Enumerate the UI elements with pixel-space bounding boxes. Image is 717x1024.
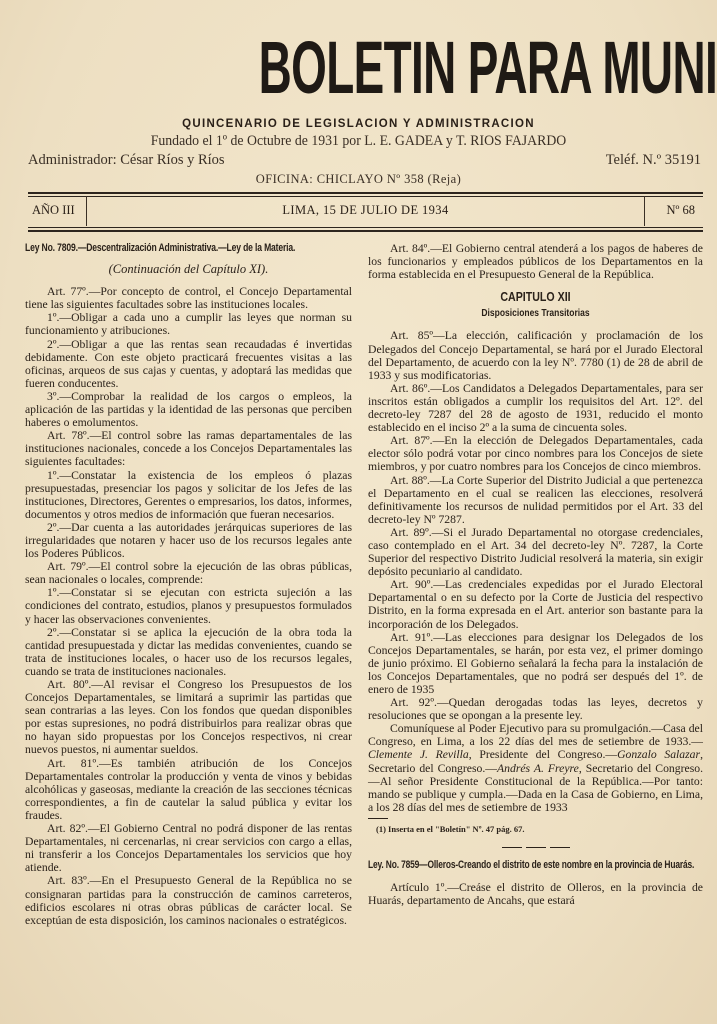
law-heading: Ley No. 7809.—Descentralización Administ… <box>25 242 351 255</box>
paragraph: Art. 80º.—Al revisar el Congreso los Pre… <box>25 678 352 757</box>
paragraph: Art. 89º.—Si el Jurado Departamental no … <box>368 526 703 578</box>
closing-paragraph: Comuníquese al Poder Ejecutivo para su p… <box>368 722 703 814</box>
continuation-note: (Continuación del Capítulo XI). <box>25 263 352 276</box>
chapter-subtitle: Disposiciones Transitorias <box>393 307 678 320</box>
left-paragraphs: Art. 77º.—Por concepto de control, el Co… <box>25 285 352 927</box>
chapter-title: CAPITULO XII <box>393 291 678 304</box>
paragraph: 2º.—Constatar si se aplica la ejecución … <box>25 626 352 678</box>
founded-line: Fundado el 1º de Octubre de 1931 por L. … <box>29 133 689 150</box>
paragraph: 3º.—Comprobar la realidad de los cargos … <box>25 390 352 429</box>
office-line: OFICINA: CHICLAYO Nº 358 (Reja) <box>0 172 717 187</box>
header-rule-top <box>28 192 703 194</box>
paragraph: Art. 81º.—Es también atribución de los C… <box>25 757 352 822</box>
paragraph: Art. 92º.—Quedan derogadas todas las ley… <box>368 696 703 722</box>
paragraph: Art. 91º.—Las elecciones para designar l… <box>368 631 703 696</box>
masthead-subtitle: QUINCENARIO DE LEGISLACION Y ADMINISTRAC… <box>0 118 717 130</box>
paragraph: Art. 77º.—Por concepto de control, el Co… <box>25 285 352 311</box>
administrator-line: Administrador: César Ríos y Ríos <box>28 152 225 169</box>
law-heading-7859: Ley. No. 7859—Olleros-Creando el distrit… <box>368 859 702 872</box>
year-label: AÑO III <box>32 203 75 218</box>
paragraph: Art. 82º.—El Gobierno Central no podrá d… <box>25 822 352 874</box>
header-rule-bottom <box>28 230 703 232</box>
paragraph: 1º.—Obligar a cada uno a cumplir las ley… <box>25 311 352 337</box>
divider <box>86 196 87 226</box>
telephone-line: Teléf. N.º 35191 <box>606 152 701 169</box>
paragraph: Art. 79º.—El control sobre la ejecución … <box>25 560 352 586</box>
paragraph: 1º.—Constatar la existencia de los emple… <box>25 469 352 521</box>
paragraph: Art. 90º.—Las credenciales expedidas por… <box>368 578 703 630</box>
paragraph: Art. 88º.—La Corte Superior del Distrito… <box>368 474 703 526</box>
divider <box>644 196 645 226</box>
newspaper-page: BOLETIN PARA MUNICIPALIDADES QUINCENARIO… <box>0 0 717 1024</box>
right-paragraphs: Art. 85º—La elección, calificación y pro… <box>368 329 703 722</box>
paragraph: 2º.—Dar cuenta a las autoridades jerárqu… <box>25 521 352 560</box>
issue-number: Nº 68 <box>666 203 695 218</box>
footnote-rule <box>368 818 388 819</box>
paragraph: Art. 78º.—El control sobre las ramas dep… <box>25 429 352 468</box>
paragraph: 2º.—Obligar a que las rentas sean recaud… <box>25 338 352 390</box>
section-separator <box>368 840 703 853</box>
right-column: Art. 84º.—El Gobierno central atenderá a… <box>368 242 703 907</box>
masthead-title: BOLETIN PARA MUNICIPALIDADES <box>259 22 717 114</box>
left-column: Ley No. 7809.—Descentralización Administ… <box>25 242 352 927</box>
paragraph: Art. 83º.—En el Presupuesto General de l… <box>25 874 352 926</box>
issue-date: LIMA, 15 DE JULIO DE 1934 <box>88 203 643 218</box>
paragraph: Art. 86º.—Los Candidatos a Delegados Dep… <box>368 382 703 434</box>
header-rule-bottom-thin <box>28 227 703 228</box>
paragraph: 1º.—Constatar si se ejecutan con estrict… <box>25 586 352 625</box>
paragraph: Art. 87º.—En la elección de Delegados De… <box>368 434 703 473</box>
article-84: Art. 84º.—El Gobierno central atenderá a… <box>368 242 703 281</box>
paragraph: Art. 85º—La elección, calificación y pro… <box>368 329 703 381</box>
masthead: BOLETIN PARA MUNICIPALIDADES <box>26 22 701 114</box>
footnote: (1) Inserta en el "Boletín" Nº. 47 pág. … <box>376 823 703 836</box>
date-band: AÑO III LIMA, 15 DE JULIO DE 1934 Nº 68 <box>28 196 703 226</box>
law-7859-article-1: Artículo 1º.—Creáse el distrito de Oller… <box>368 881 703 907</box>
